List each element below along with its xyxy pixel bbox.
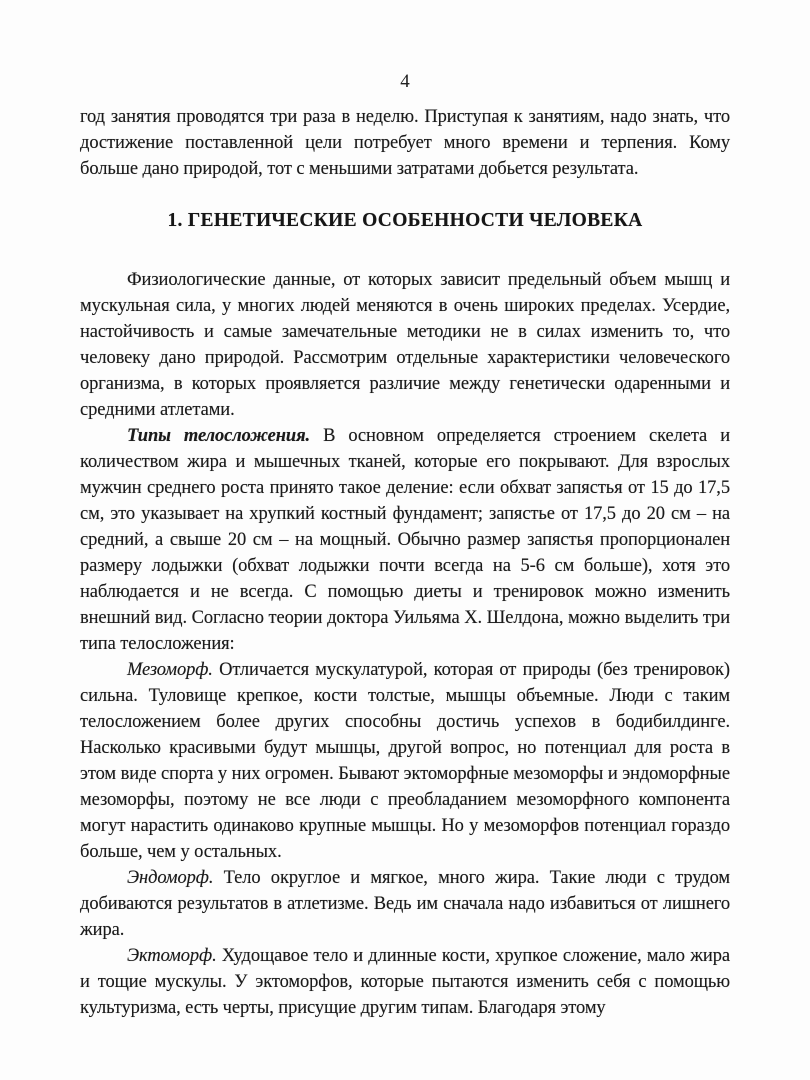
section-heading: 1. ГЕНЕТИЧЕСКИЕ ОСОБЕННОСТИ ЧЕЛОВЕКА <box>80 208 730 234</box>
paragraph-lead-mesomorph: Мезоморф. <box>127 660 213 680</box>
text-block: год занятия проводятся три раза в неделю… <box>80 104 730 1021</box>
paragraph-physiology: Физиологические данные, от которых завис… <box>80 267 730 423</box>
paragraph-body-types: Типы телосложения. В основном определяет… <box>80 423 730 657</box>
paragraph-continuation: год занятия проводятся три раза в неделю… <box>80 104 730 182</box>
paragraph-mesomorph: Мезоморф. Отличается мускулатурой, котор… <box>80 657 730 865</box>
paragraph-lead-body-types: Типы телосложения. <box>127 426 310 446</box>
page-number: 4 <box>0 71 810 93</box>
paragraph-text-body-types: В основном определяется строением скелет… <box>80 426 730 654</box>
scanned-page: 4 год занятия проводятся три раза в неде… <box>0 0 810 1080</box>
paragraph-text-mesomorph: Отличается мускулатурой, которая от прир… <box>80 660 730 862</box>
paragraph-ectomorph: Эктоморф. Худощавое тело и длинные кости… <box>80 943 730 1021</box>
paragraph-endomorph: Эндоморф. Тело округлое и мягкое, много … <box>80 865 730 943</box>
paragraph-lead-endomorph: Эндоморф. <box>127 868 213 888</box>
paragraph-lead-ectomorph: Эктоморф. <box>127 946 217 966</box>
